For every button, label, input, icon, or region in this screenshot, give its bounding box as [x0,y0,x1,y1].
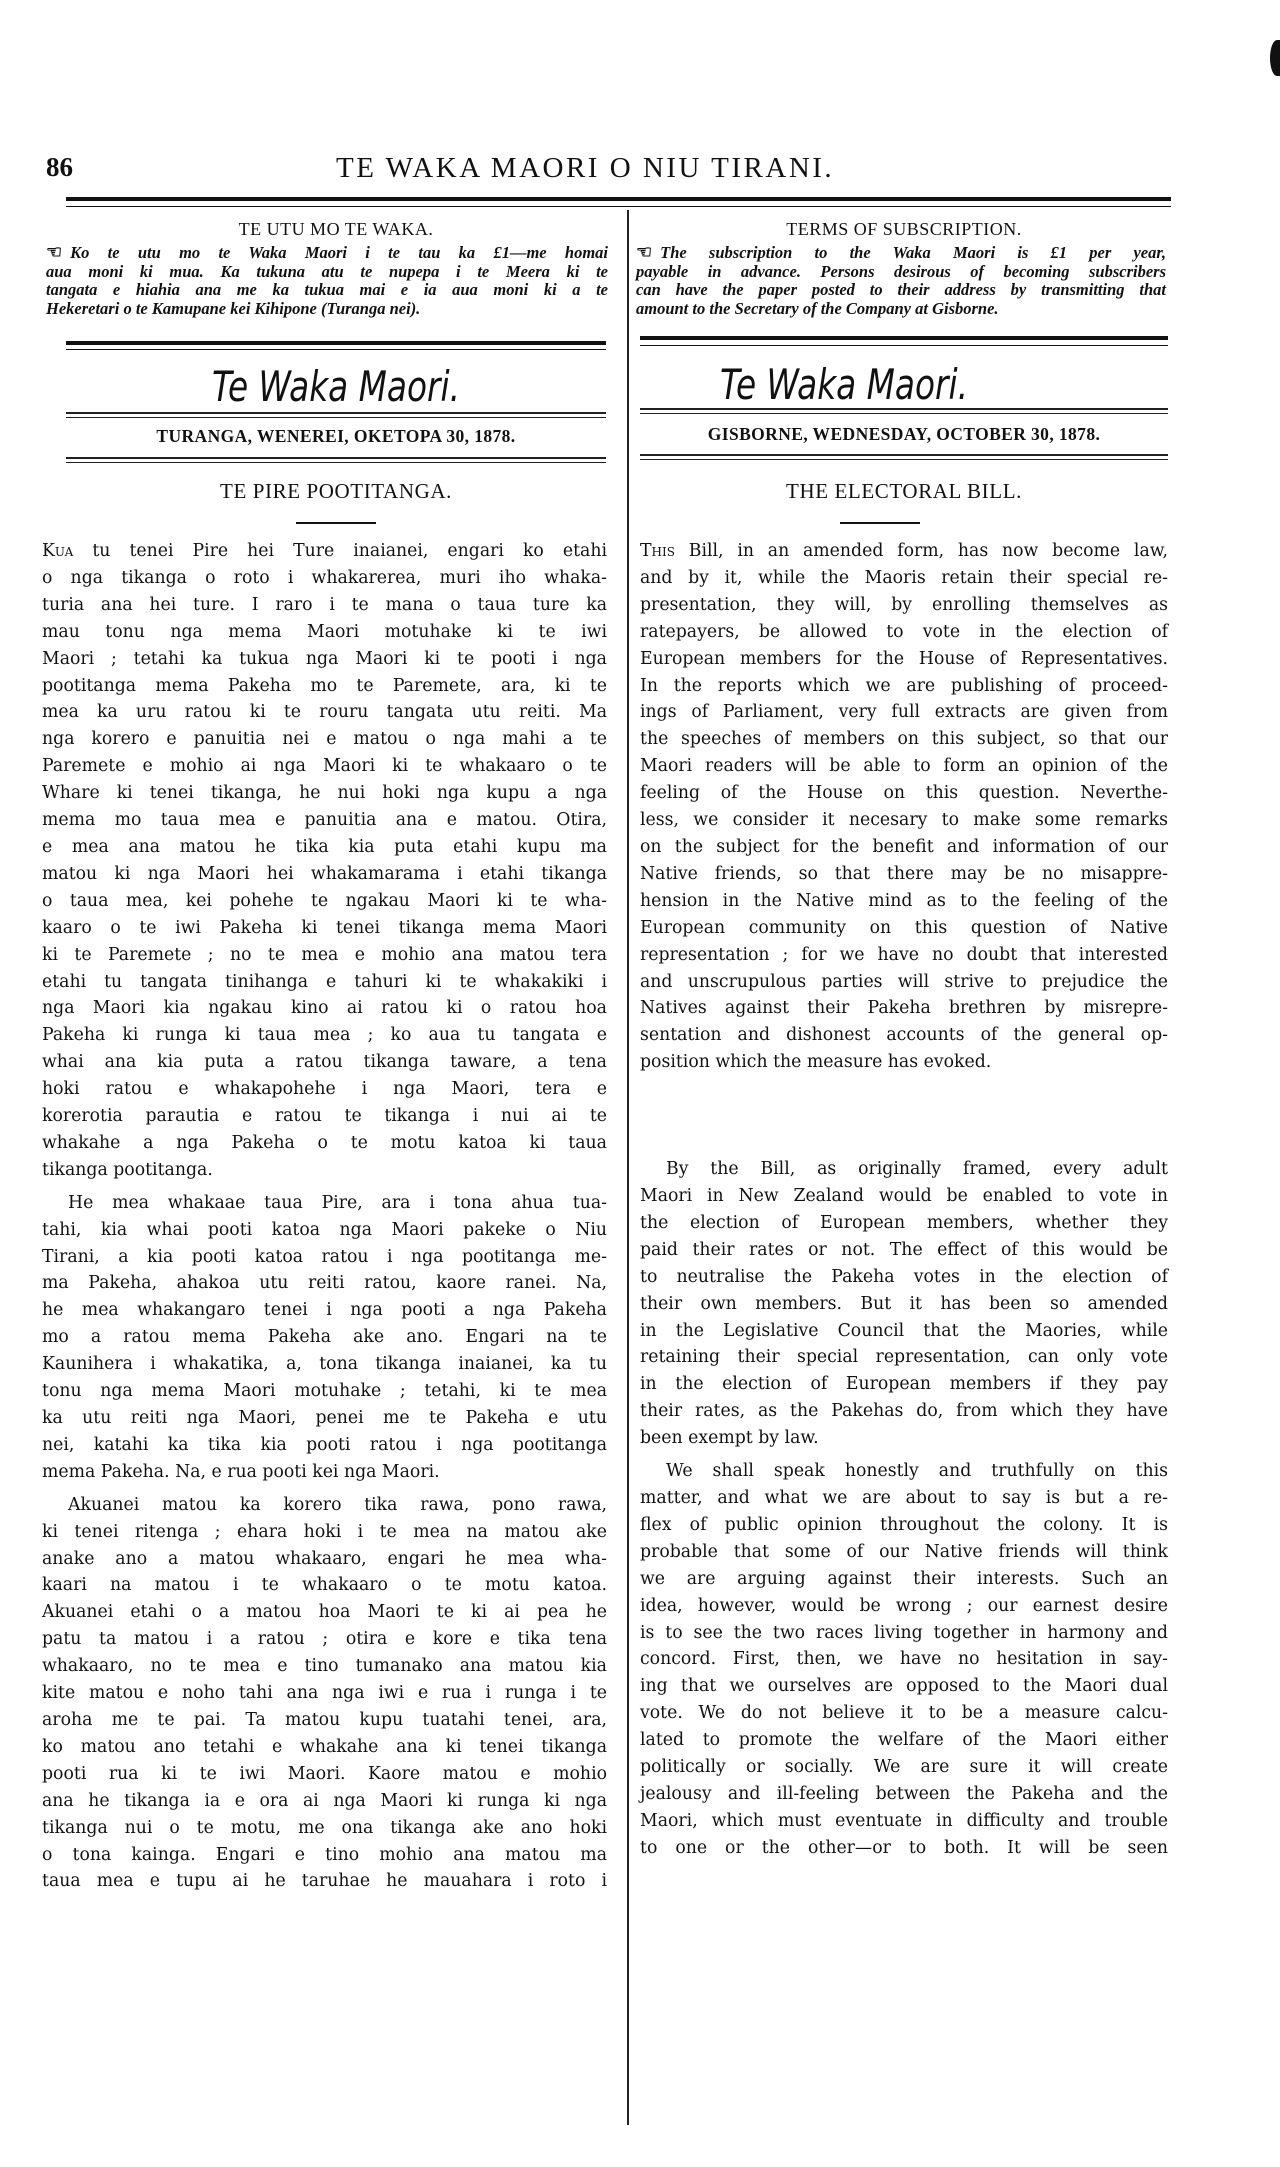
notice-rule-thin [66,349,606,350]
paragraph-3: We shall speak honestly and truthfully o… [640,1458,1168,1862]
paragraph-1: This Bill, in an amended form, has now b… [640,538,1168,1076]
pointing-hand-icon: ☞ [636,243,652,262]
article-body-english: This Bill, in an amended form, has now b… [640,538,1168,1862]
dateline-maori: TURANGA, WENEREI, OKETOPA 30, 1878. [66,426,606,447]
dateline-rule-top [640,408,1168,414]
article-title-maori: TE PIRE POOTITANGA. [66,479,606,504]
notice-rule-thin [640,345,1168,346]
notice-rule-thick [640,336,1168,340]
column-divider [627,210,629,2125]
title-underline [840,522,920,524]
paragraph-3: Akuanei matou ka korero tika rawa, pono … [42,1492,607,1896]
notice-heading-maori: TE UTU MO TE WAKA. [66,219,606,240]
masthead-rule-thick [66,197,1171,201]
notice-heading-english: TERMS OF SUBSCRIPTION. [640,219,1168,240]
paragraph-2: By the Bill, as originally framed, every… [640,1156,1168,1452]
paper-title: TE WAKA MAORI O NIU TIRANI. [336,152,834,185]
paper-name-heading: Te Waka Maori. [125,362,546,411]
notice-rule-thick [66,341,606,345]
dateline-rule-bottom [66,457,606,463]
paragraph-2: He mea whakaae taua Pire, ara i tona ahu… [42,1190,607,1486]
dateline-english: GISBORNE, WEDNESDAY, OCTOBER 30, 1878. [640,424,1168,445]
page-number: 86 [46,152,73,183]
masthead: 86 TE WAKA MAORI O NIU TIRANI. [46,152,1146,192]
paragraph-1: Kua tu tenei Pire hei Ture inaianei, eng… [42,538,607,1184]
article-body-maori: Kua tu tenei Pire hei Ture inaianei, eng… [42,538,607,1895]
notice-text-english: ☞The subscription to the Waka Maori is £… [636,243,1166,318]
title-underline [296,522,376,524]
dateline-rule-bottom [640,454,1168,460]
article-title-english: THE ELECTORAL BILL. [640,479,1168,504]
pointing-hand-icon: ☞ [46,243,62,262]
page-edge-mark [1270,40,1280,76]
masthead-rule-thin [66,206,1171,207]
notice-text-maori: ☞Ko te utu mo te Waka Maori i te tau ka … [46,243,608,318]
paper-name-heading: Te Waka Maori. [638,360,1050,409]
dateline-rule-top [66,412,606,418]
